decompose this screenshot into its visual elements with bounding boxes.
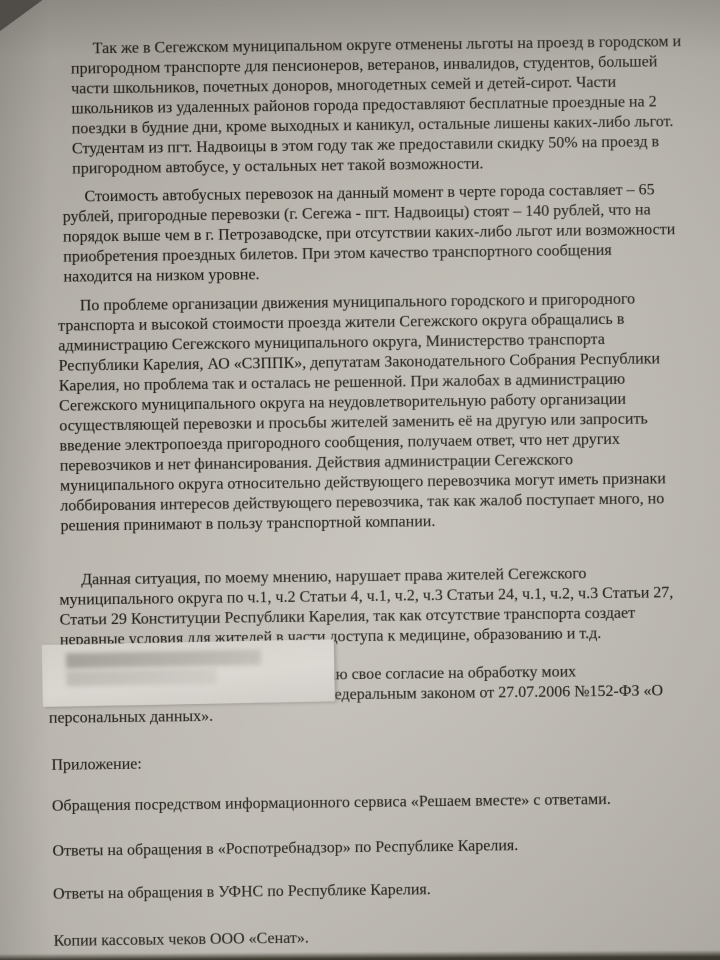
appendix-item-senat-receipts: Копии кассовых чеков ООО «Сенат». <box>53 924 699 952</box>
appendix-heading: Приложение: <box>51 748 697 776</box>
appendix-item-ufns: Ответы на обращения в УФНС по Республике… <box>53 877 699 905</box>
consent-section: даю свое согласие на обработку моих перс… <box>48 661 697 729</box>
paragraph-complaints-history: По проблеме организации движения муницип… <box>58 289 695 537</box>
paragraph-cancelled-benefits: Так же в Сегежском муниципальном округе … <box>71 32 691 180</box>
redacted-name-patch <box>42 639 335 707</box>
letter-page: Так же в Сегежском муниципальном округе … <box>0 0 720 960</box>
appendix-item-rospotrebnadzor: Ответы на обращения в «Роспотребнадзор» … <box>52 834 698 862</box>
document-photo: Так же в Сегежском муниципальном округе … <box>0 0 720 960</box>
redaction-smudge <box>66 650 261 669</box>
redaction-smudge <box>66 669 216 687</box>
paragraph-fare-costs: Стоимость автобусных перевозок на данный… <box>62 180 691 288</box>
appendix-item-reshaem-vmeste: Обращения посредством информационного се… <box>52 789 698 817</box>
paragraph-rights-violation: Данная ситуация, по моему мнению, наруша… <box>59 563 696 651</box>
